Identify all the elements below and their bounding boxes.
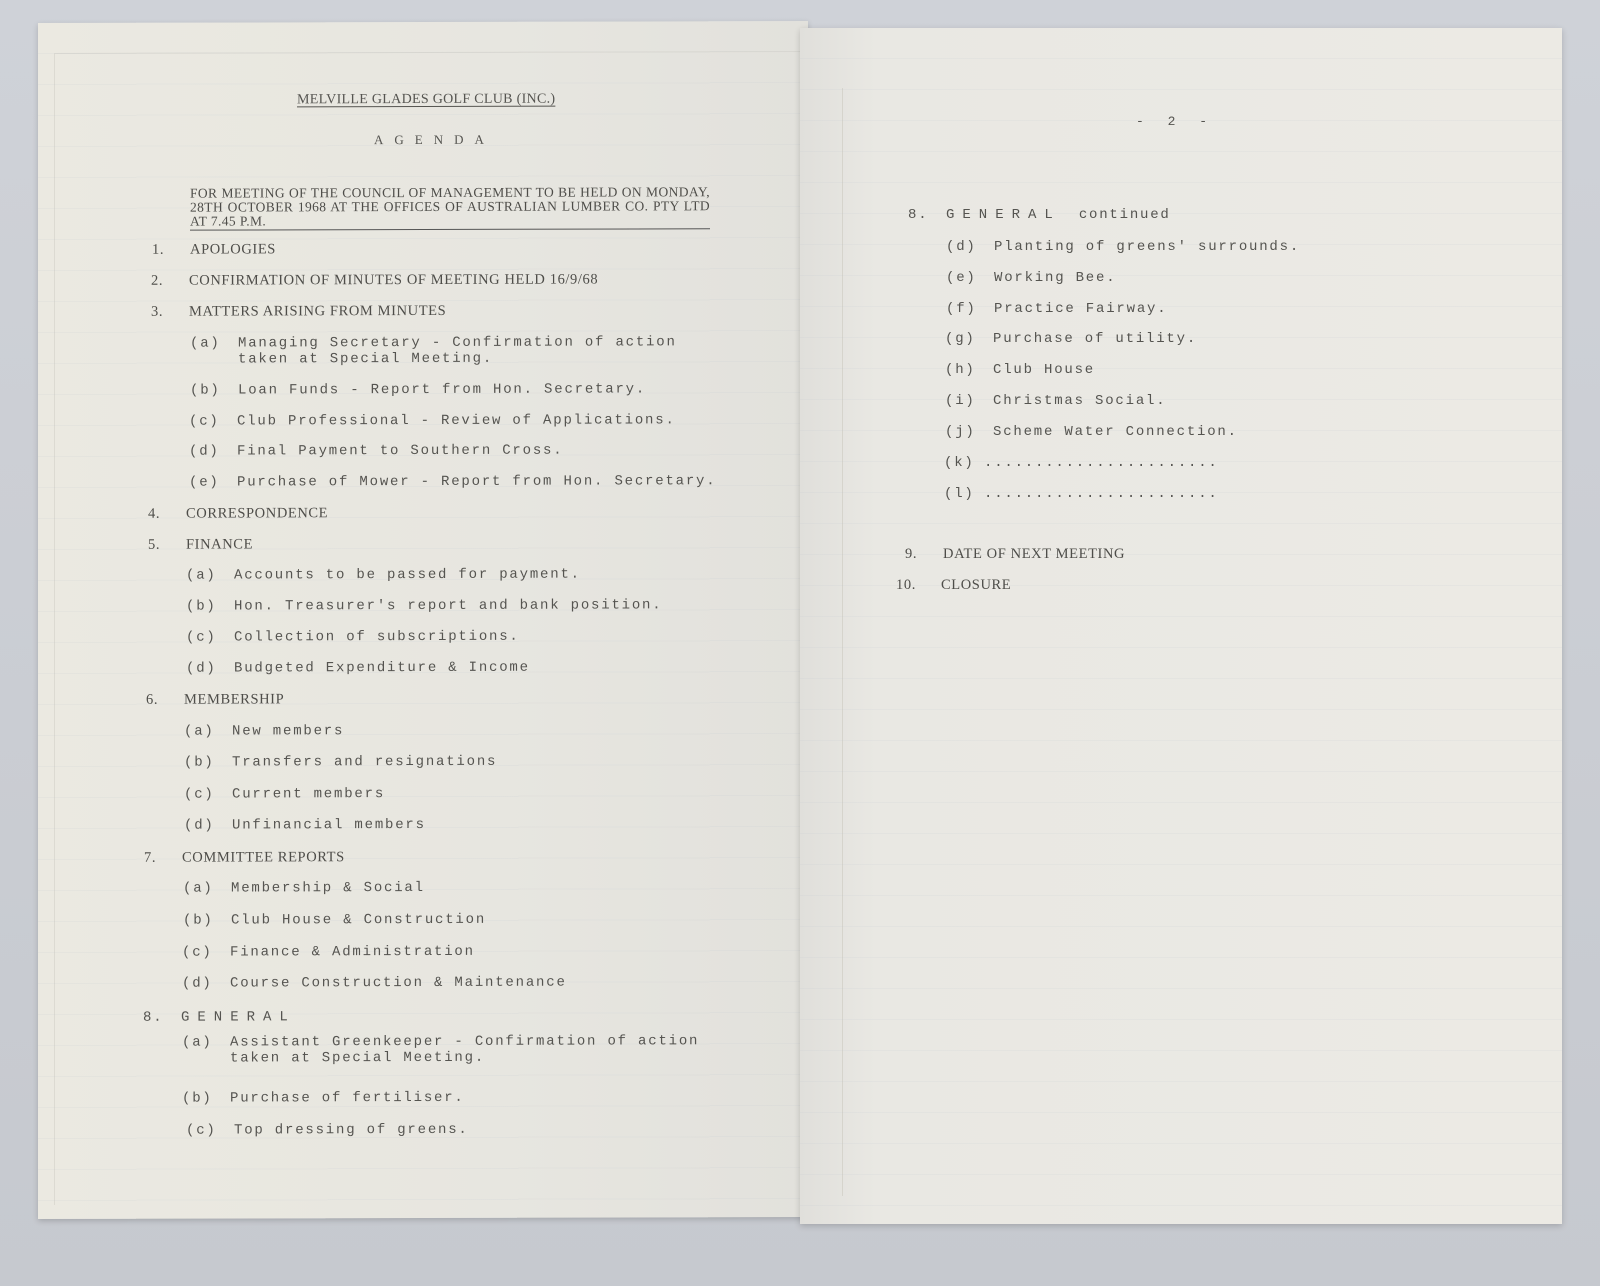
agenda-heading: AGENDA [374,132,495,148]
agenda-item-9: 9.DATE OF NEXT MEETING [905,546,1125,563]
agenda-subitem: (e)Working Bee. [946,270,1116,286]
agenda-subitem: (b)Purchase of fertiliser. [182,1090,465,1107]
agenda-item-3: 3.MATTERS ARISING FROM MINUTES [151,303,446,321]
agenda-subitem: (b)Loan Funds - Report from Hon. Secreta… [190,381,646,398]
agenda-item-1: 1.APOLOGIES [152,241,276,258]
agenda-subitem: (d)Budgeted Expenditure & Income [186,660,530,677]
agenda-subitem: (j)Scheme Water Connection. [945,424,1238,440]
agenda-item-10: 10.CLOSURE [896,577,1011,594]
agenda-item-8-continued: 8.GENERALcontinued [908,207,1171,223]
agenda-subitem: (f)Practice Fairway. [946,301,1167,317]
agenda-subitem: (a)New members [184,723,344,739]
agenda-subitem: (d)Planting of greens' surrounds. [946,239,1300,255]
agenda-subitem: (b)Hon. Treasurer's report and bank posi… [186,597,662,614]
agenda-subitem: (a)Managing Secretary - Confirmation of … [190,334,677,367]
agenda-item-7: 7.COMMITTEE REPORTS [144,849,345,867]
meeting-preamble: FOR MEETING OF THE COUNCIL OF MANAGEMENT… [190,185,710,230]
page-number: - 2 - [1136,114,1215,129]
agenda-subitem: (c)Club Professional - Review of Applica… [189,412,676,429]
agenda-page-1: MELVILLE GLADES GOLF CLUB (INC.) AGENDA … [38,21,808,1219]
agenda-subitem: (i)Christmas Social. [945,393,1166,409]
agenda-subitem: (c)Finance & Administration [182,944,475,961]
agenda-subitem: (d)Final Payment to Southern Cross. [189,443,563,460]
agenda-subitem: (h)Club House [945,362,1095,378]
agenda-subitem: (b)Club House & Construction [183,912,486,929]
agenda-subitem: (d)Course Construction & Maintenance [182,975,567,992]
agenda-item-6: 6.MEMBERSHIP [146,691,284,708]
agenda-subitem: (g)Purchase of utility. [945,331,1197,347]
agenda-item-5: 5.FINANCE [148,536,253,553]
agenda-item-8: 8.GENERAL [143,1009,296,1025]
agenda-item-4: 4.CORRESPONDENCE [148,505,328,522]
agenda-subitem: (a)Accounts to be passed for payment. [186,567,581,584]
agenda-page-2: - 2 - 8.GENERALcontinued (d)Planting of … [800,28,1562,1224]
club-name: MELVILLE GLADES GOLF CLUB (INC.) [297,92,555,109]
agenda-item-2: 2.CONFIRMATION OF MINUTES OF MEETING HEL… [151,272,598,290]
agenda-subitem: (b)Transfers and resignations [184,754,497,771]
agenda-subitem: (d)Unfinancial members [184,817,426,834]
agenda-subitem: (a)Assistant Greenkeeper - Confirmation … [182,1033,699,1066]
agenda-subitem: (a)Membership & Social [183,880,425,897]
agenda-subitem: (c)Top dressing of greens. [186,1122,469,1139]
agenda-subitem: (e)Purchase of Mower - Report from Hon. … [189,473,716,490]
agenda-subitem-blank: (l)....................... [944,486,1219,502]
agenda-subitem: (c)Collection of subscriptions. [186,629,520,646]
agenda-subitem-blank: (k)....................... [944,455,1219,471]
agenda-subitem: (c)Current members [184,786,385,803]
